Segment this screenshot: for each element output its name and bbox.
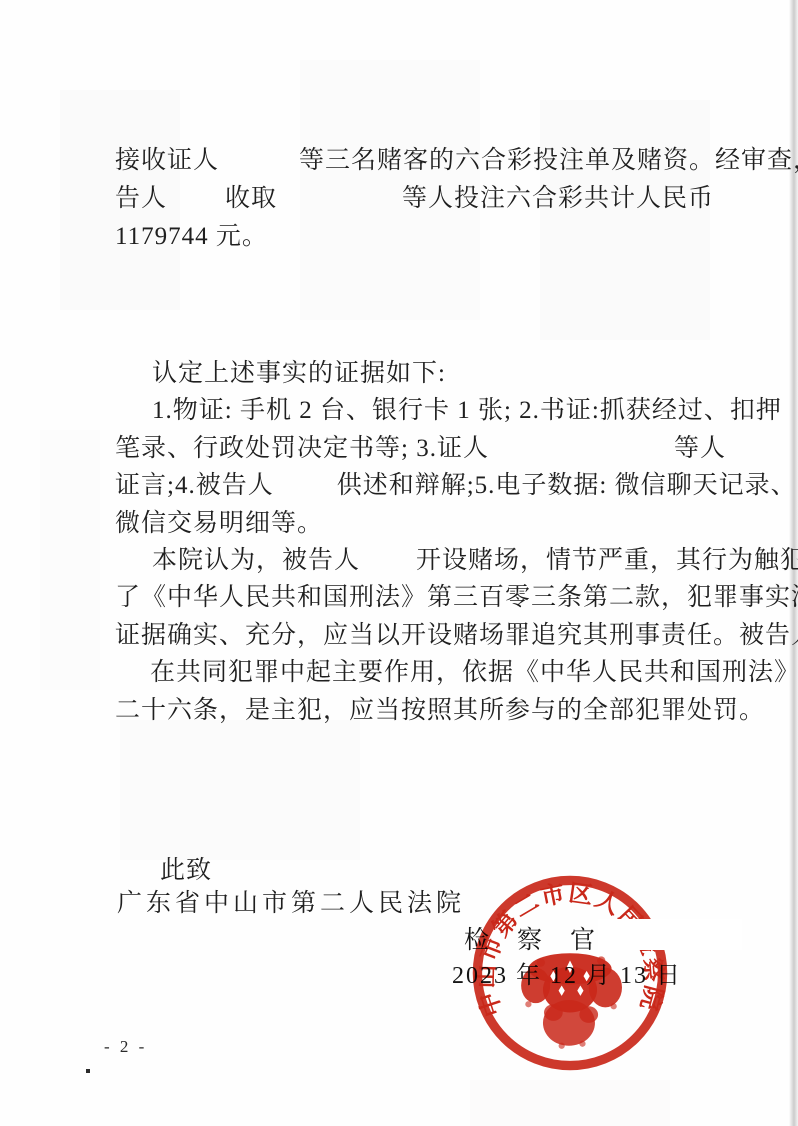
court-line: 广东省中山市第二人民法院 [117,889,465,919]
text-line: 1179744 元。 [115,222,268,252]
text-segment: 在共同犯罪中起主要作用，依据《中华人民共和国刑法》第 [150,659,798,686]
text-line: 认定上述事实的证据如下: [152,359,446,389]
redacted-gap [274,487,337,488]
scan-speck [86,1069,90,1073]
text-segment: 等人 [674,435,726,462]
text-segment: 认定上述事实的证据如下: [152,360,446,387]
redacted-gap [277,200,402,201]
prosecutor-title: 检察官 [464,920,623,956]
scan-artifact [470,1080,670,1126]
text-segment: 二十六条，是主犯，应当按照其所参与的全部犯罪处罚。 [115,697,765,724]
text-segment: 证据确实、充分，应当以开设赌场罪追究其刑事责任。被告人 [115,622,798,649]
text-segment: 证言;4.被告人 [115,472,274,499]
text-segment: 等三名赌客的六合彩投注单及赌资。经审查，被 [299,147,798,174]
text-segment: 了《中华人民共和国刑法》第三百零三条第二款，犯罪事实清楚， [115,584,798,611]
text-line: 1.物证: 手机 2 台、银行卡 1 张; 2.书证:抓获经过、扣押 [152,396,782,426]
page-number: - 2 - [104,1037,147,1057]
text-line: 本院认为，被告人开设赌场，情节严重，其行为触犯 [152,546,798,576]
text-segment: 告人 [115,185,167,212]
text-segment: 1.物证: 手机 2 台、银行卡 1 张; 2.书证:抓获经过、扣押 [152,397,782,424]
text-line: 在共同犯罪中起主要作用，依据《中华人民共和国刑法》第 [150,658,798,688]
text-line: 证据确实、充分，应当以开设赌场罪追究其刑事责任。被告人 [115,621,798,651]
text-segment: 本院认为，被告人 [152,547,360,574]
text-segment: 收取 [225,185,277,212]
text-line: 接收证人等三名赌客的六合彩投注单及赌资。经审查，被 [115,146,798,176]
text-line: 了《中华人民共和国刑法》第三百零三条第二款，犯罪事实清楚， [115,583,798,613]
text-line: 二十六条，是主犯，应当按照其所参与的全部犯罪处罚。 [115,696,765,726]
text-segment: 笔录、行政处罚决定书等; 3.证人 [115,435,489,462]
text-segment: 开设赌场，情节严重，其行为触犯 [416,547,798,574]
scan-artifact [540,100,710,340]
text-line: 微信交易明细等。 [115,509,323,539]
scan-artifact [40,430,100,690]
redacted-gap [219,162,299,163]
redacted-gap [167,200,225,201]
salute-line: 此致 [160,856,212,886]
date-line: 2023 年 12 月 13 日 [452,955,682,990]
text-segment: 此致 [160,857,212,884]
text-segment: 供述和辩解;5.电子数据: 微信聊天记录、 [337,472,797,499]
text-line: 证言;4.被告人供述和辩解;5.电子数据: 微信聊天记录、 [115,471,797,501]
text-segment: 等人投注六合彩共计人民币 [402,185,714,212]
document-page: 接收证人等三名赌客的六合彩投注单及赌资。经审查，被 告人收取等人投注六合彩共计人… [0,0,798,1126]
text-segment: 微信交易明细等。 [115,510,323,537]
text-line: 告人收取等人投注六合彩共计人民币 [115,184,714,214]
scan-artifact [120,720,360,860]
redacted-gap [489,450,674,451]
text-segment: 广东省中山市第二人民法院 [117,890,465,917]
redacted-gap [360,562,416,563]
text-line: 笔录、行政处罚决定书等; 3.证人等人 [115,434,726,464]
text-segment: 接收证人 [115,147,219,174]
text-segment: 1179744 元。 [115,223,268,250]
